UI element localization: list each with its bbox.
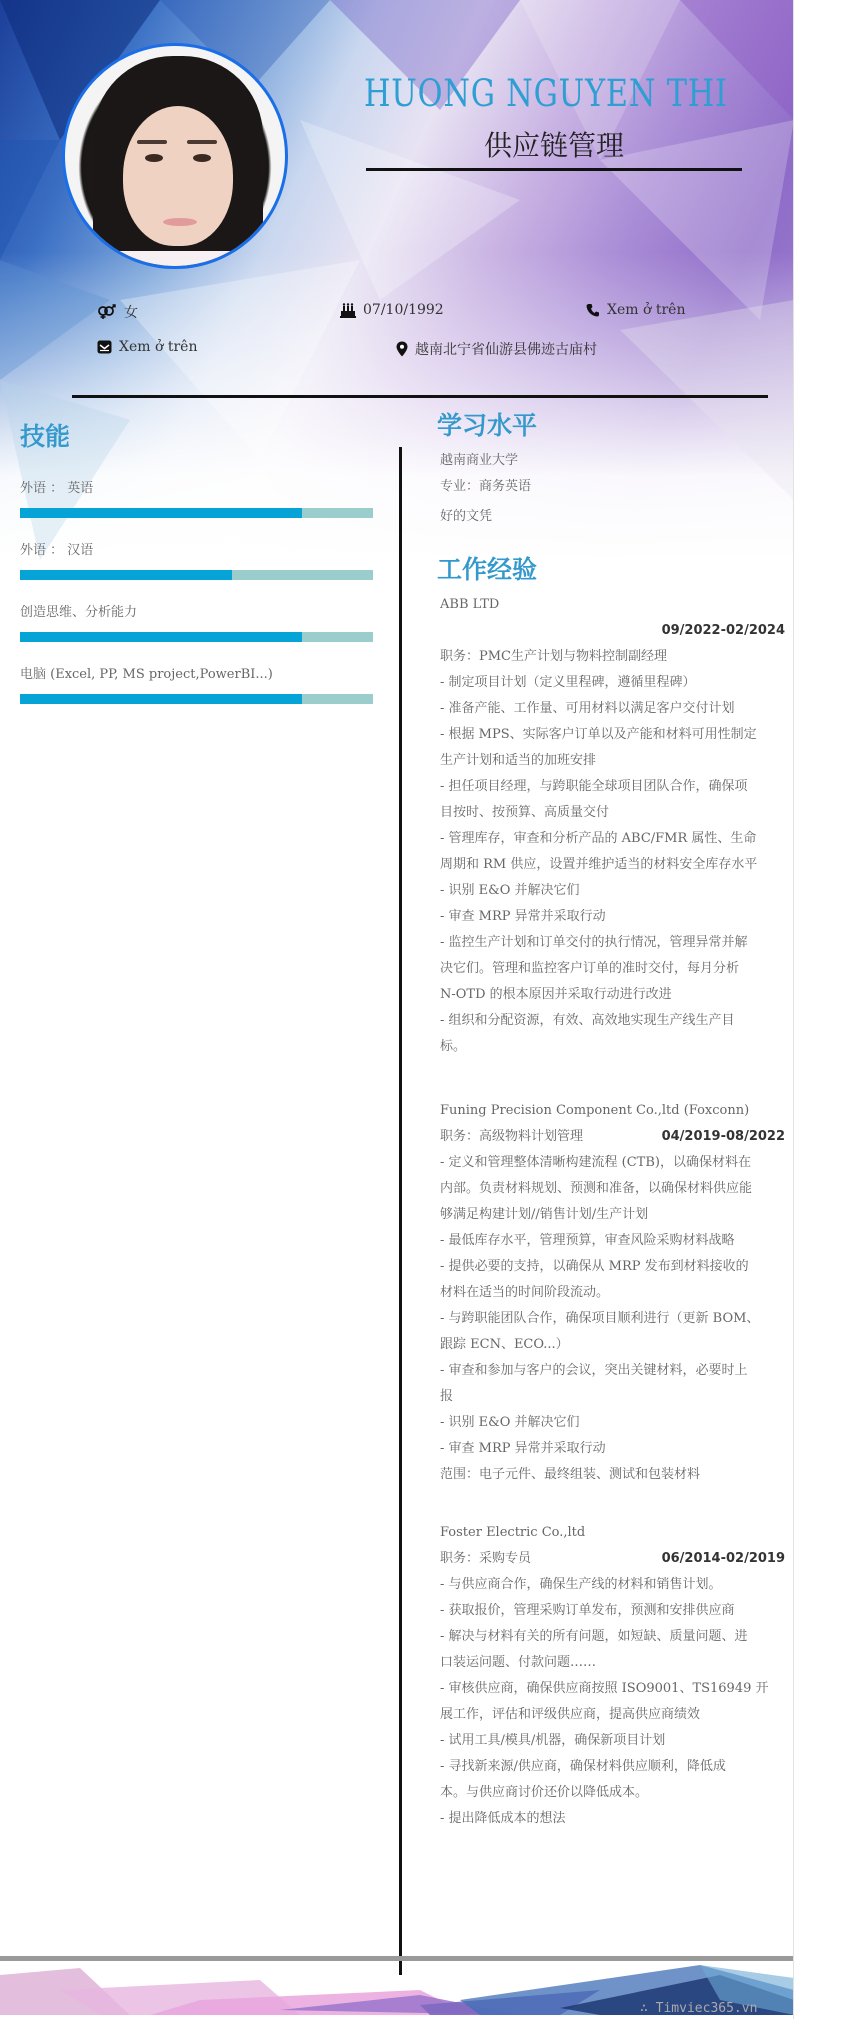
job-entry: ABB LTD 09/2022-02/2024 职务：PMC生产计划与物料控制副… bbox=[440, 592, 785, 1060]
phone-value: Xem ở trên bbox=[607, 302, 685, 318]
school-name: 越南商业大学 bbox=[440, 448, 785, 474]
contact-birthday: 07/10/1992 bbox=[340, 302, 444, 318]
duty-line: - 监控生产计划和订单交付的执行情况，管理异常并解 bbox=[440, 930, 785, 956]
photo-mouth bbox=[163, 218, 197, 226]
duty-line: - 准备产能、工作量、可用材料以满足客户交付计划 bbox=[440, 696, 785, 722]
skills-heading: 技能 bbox=[20, 417, 70, 453]
skill-bar bbox=[20, 632, 373, 642]
duty-line: - 审查 MRP 异常并采取行动 bbox=[440, 1436, 785, 1462]
skill-bar-fill bbox=[20, 570, 232, 580]
duty-line: N-OTD 的根本原因并采取行动进行改进 bbox=[440, 982, 785, 1008]
duty-line: - 识别 E&O 并解决它们 bbox=[440, 1410, 785, 1436]
company-name: ABB LTD bbox=[440, 592, 785, 618]
duty-line: 报 bbox=[440, 1384, 785, 1410]
contact-gender: 女 bbox=[97, 302, 138, 322]
skill-bar-fill bbox=[20, 632, 302, 642]
duty-line: - 审查和参加与客户的会议，突出关键材料，必要时上 bbox=[440, 1358, 785, 1384]
skill-label: 外语 ： 汉语 bbox=[20, 539, 93, 558]
candidate-name: HUONG NGUYEN THI bbox=[364, 72, 728, 115]
education-heading: 学习水平 bbox=[437, 406, 537, 442]
column-divider bbox=[399, 447, 402, 1975]
duty-line: 生产计划和适当的加班安排 bbox=[440, 748, 785, 774]
duty-line: 口装运问题、付款问题…… bbox=[440, 1650, 785, 1676]
gender-icon bbox=[97, 304, 117, 320]
skill-bar bbox=[20, 508, 373, 518]
duty-line: 材料在适当的时间阶段流动。 bbox=[440, 1280, 785, 1306]
footer-brand: ∴ Timviec365.vn bbox=[640, 2001, 757, 2016]
email-value: Xem ở trên bbox=[119, 339, 197, 355]
duty-line: - 与跨职能团队合作，确保项目顺利进行（更新 BOM、 bbox=[440, 1306, 785, 1332]
job-entry: Foster Electric Co.,ltd 职务：采购专员 06/2014-… bbox=[440, 1520, 785, 1832]
gender-value: 女 bbox=[124, 302, 138, 322]
contact-address: 越南北宁省仙游县佛迹古庙村 bbox=[396, 339, 597, 359]
duty-line: - 审查 MRP 异常并采取行动 bbox=[440, 904, 785, 930]
job-head: 职务：采购专员 06/2014-02/2019 bbox=[440, 1546, 785, 1572]
duty-line: 范围：电子元件、最终组装、测试和包装材料 bbox=[440, 1462, 785, 1488]
title-divider bbox=[366, 168, 742, 171]
contact-email: Xem ở trên bbox=[97, 339, 197, 355]
skill-bar-fill bbox=[20, 508, 302, 518]
job-date-row: 09/2022-02/2024 bbox=[440, 618, 785, 644]
duty-line: - 解决与材料有关的所有问题，如短缺、质量问题、进 bbox=[440, 1624, 785, 1650]
duty-line: - 寻找新来源/供应商，确保材料供应顺利，降低成 bbox=[440, 1754, 785, 1780]
job-duties: - 与供应商合作，确保生产线的材料和销售计划。- 获取报价，管理采购订单发布，预… bbox=[440, 1572, 785, 1832]
duty-line: - 审核供应商，确保供应商按照 ISO9001、TS16949 开 bbox=[440, 1676, 785, 1702]
job-entry: Funing Precision Component Co.,ltd (Foxc… bbox=[440, 1098, 785, 1488]
job-date: 04/2019-08/2022 bbox=[662, 1124, 785, 1150]
job-head: 职务：高级物料计划管理 04/2019-08/2022 bbox=[440, 1124, 785, 1150]
job-position: 职务：高级物料计划管理 bbox=[440, 1124, 583, 1150]
duty-line: - 组织和分配资源，有效、高效地实现生产线生产目 bbox=[440, 1008, 785, 1034]
photo-brow bbox=[137, 140, 167, 144]
skill-label: 创造思维、分析能力 bbox=[20, 601, 137, 620]
photo-eye bbox=[193, 154, 211, 162]
duty-line: 目按时、按预算、高质量交付 bbox=[440, 800, 785, 826]
skill-bar-fill bbox=[20, 694, 302, 704]
education-section: 越南商业大学 专业：商务英语 好的文凭 bbox=[440, 448, 785, 530]
duty-line: 周期和 RM 供应，设置并维护适当的材料安全库存水平 bbox=[440, 852, 785, 878]
header-divider bbox=[72, 395, 768, 398]
grade: 好的文凭 bbox=[440, 504, 785, 530]
profile-photo bbox=[62, 43, 288, 269]
duty-line: 内部。负责材料规划、预测和准备，以确保材料供应能 bbox=[440, 1176, 785, 1202]
duty-line: - 担任项目经理，与跨职能全球项目团队合作，确保项 bbox=[440, 774, 785, 800]
duty-line: - 与供应商合作，确保生产线的材料和销售计划。 bbox=[440, 1572, 785, 1598]
duty-line: 决它们。管理和监控客户订单的准时交付，每月分析 bbox=[440, 956, 785, 982]
duty-line: - 获取报价，管理采购订单发布，预测和安排供应商 bbox=[440, 1598, 785, 1624]
job-duties: - 定义和管理整体清晰构建流程 (CTB)，以确保材料在内部。负责材料规划、预测… bbox=[440, 1150, 785, 1488]
duty-line: - 提出降低成本的想法 bbox=[440, 1806, 785, 1832]
job-date: 06/2014-02/2019 bbox=[662, 1546, 785, 1572]
phone-icon bbox=[586, 303, 600, 317]
cv-page: HUONG NGUYEN THI 供应链管理 女 07/10/1992 Xem … bbox=[0, 0, 794, 2019]
duty-line: 展工作，评估和评级供应商，提高供应商绩效 bbox=[440, 1702, 785, 1728]
duty-line: - 制定项目计划（定义里程碑，遵循里程碑） bbox=[440, 670, 785, 696]
company-name: Funing Precision Component Co.,ltd (Foxc… bbox=[440, 1098, 785, 1124]
photo-eye bbox=[145, 154, 163, 162]
skill-bar bbox=[20, 570, 373, 580]
duty-line: - 定义和管理整体清晰构建流程 (CTB)，以确保材料在 bbox=[440, 1150, 785, 1176]
address-value: 越南北宁省仙游县佛迹古庙村 bbox=[415, 339, 597, 359]
job-date: 09/2022-02/2024 bbox=[662, 623, 785, 638]
skill-label: 外语 ： 英语 bbox=[20, 477, 93, 496]
duty-line: 本。与供应商讨价还价以降低成本。 bbox=[440, 1780, 785, 1806]
job-duties: - 制定项目计划（定义里程碑，遵循里程碑）- 准备产能、工作量、可用材料以满足客… bbox=[440, 670, 785, 1060]
map-pin-icon bbox=[396, 341, 408, 357]
job-title: 供应链管理 bbox=[368, 124, 740, 164]
job-position: 职务：PMC生产计划与物料控制副经理 bbox=[440, 644, 785, 670]
experience-heading: 工作经验 bbox=[437, 550, 537, 586]
skill-label: 电脑 (Excel, PP, MS project,PowerBI...) bbox=[20, 663, 273, 682]
duty-line: - 管理库存，审查和分析产品的 ABC/FMR 属性、生命 bbox=[440, 826, 785, 852]
duty-line: 够满足构建计划//销售计划/生产计划 bbox=[440, 1202, 785, 1228]
duty-line: 跟踪 ECN、ECO...） bbox=[440, 1332, 785, 1358]
skill-bar bbox=[20, 694, 373, 704]
duty-line: - 根据 MPS、实际客户订单以及产能和材料可用性制定 bbox=[440, 722, 785, 748]
duty-line: 标。 bbox=[440, 1034, 785, 1060]
company-name: Foster Electric Co.,ltd bbox=[440, 1520, 785, 1546]
duty-line: - 试用工具/模具/机器，确保新项目计划 bbox=[440, 1728, 785, 1754]
birthday-cake-icon bbox=[340, 303, 356, 318]
duty-line: - 最低库存水平，管理预算，审查风险采购材料战略 bbox=[440, 1228, 785, 1254]
duty-line: - 识别 E&O 并解决它们 bbox=[440, 878, 785, 904]
contact-phone: Xem ở trên bbox=[586, 302, 685, 318]
email-icon bbox=[97, 340, 112, 354]
birthday-value: 07/10/1992 bbox=[363, 302, 444, 318]
duty-line: - 提供必要的支持，以确保从 MRP 发布到材料接收的 bbox=[440, 1254, 785, 1280]
photo-brow bbox=[187, 140, 217, 144]
major: 专业：商务英语 bbox=[440, 474, 785, 500]
job-position: 职务：采购专员 bbox=[440, 1546, 531, 1572]
